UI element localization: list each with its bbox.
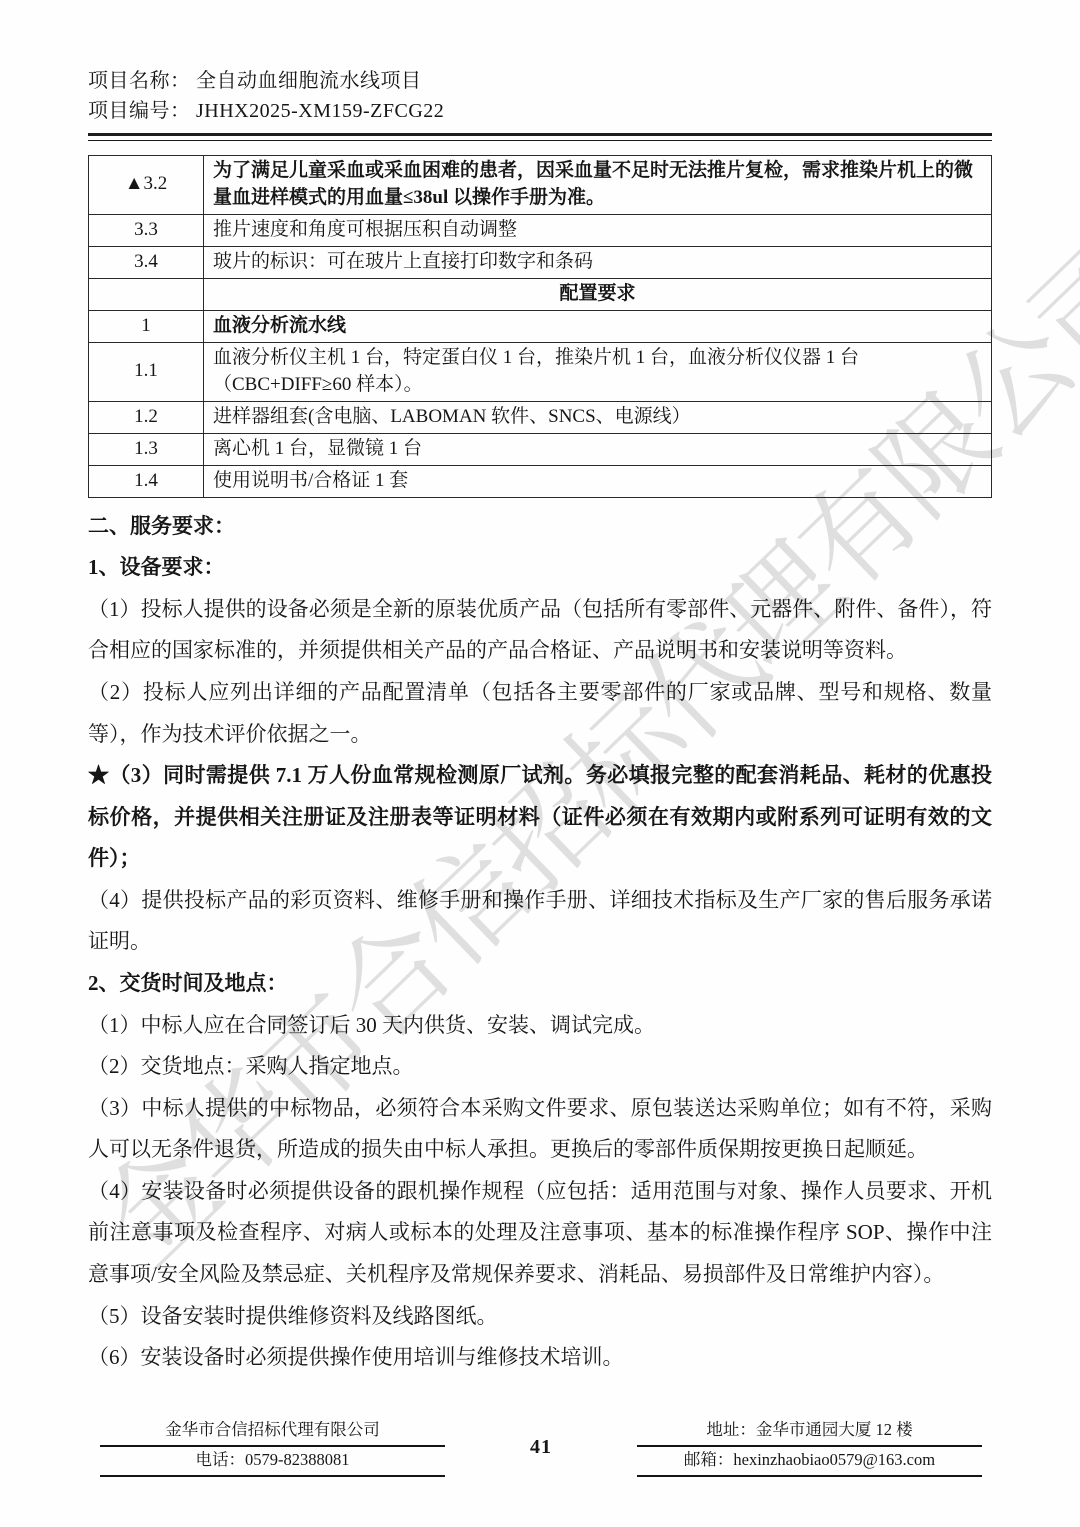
row-id: 1 [89, 310, 204, 342]
section-heading-delivery: 2、交货时间及地点： [88, 963, 992, 1005]
row-content: 血液分析仪主机 1 台，特定蛋白仪 1 台，推染片机 1 台，血液分析仪仪器 1… [204, 342, 992, 401]
page-footer: 金华市合信招标代理有限公司 电话：0579-82388081 41 地址：金华市… [100, 1417, 982, 1477]
spec-table: ▲3.2 为了满足儿童采血或采血困难的患者，因采血量不足时无法推片复检，需求推染… [88, 155, 992, 498]
service-requirements: 二、服务要求： 1、设备要求： （1）投标人提供的设备必须是全新的原装优质产品（… [88, 506, 992, 1379]
table-row: ▲3.2 为了满足儿童采血或采血困难的患者，因采血量不足时无法推片复检，需求推染… [89, 156, 992, 215]
document-header: 项目名称： 全自动血细胞流水线项目 项目编号： JHHX2025-XM159-Z… [88, 66, 992, 141]
footer-phone: 电话：0579-82388081 [100, 1447, 445, 1477]
paragraph-delivery-1: （1）中标人应在合同签订后 30 天内供货、安装、调试完成。 [88, 1005, 992, 1047]
row-content: 离心机 1 台，显微镜 1 台 [204, 433, 992, 465]
paragraph-delivery-2: （2）交货地点：采购人指定地点。 [88, 1046, 992, 1088]
page-content: 项目名称： 全自动血细胞流水线项目 项目编号： JHHX2025-XM159-Z… [0, 0, 1080, 1379]
row-content: 进样器组套(含电脑、LABOMAN 软件、SNCS、电源线） [204, 401, 992, 433]
paragraph-delivery-5: （5）设备安装时提供维修资料及线路图纸。 [88, 1296, 992, 1338]
row-id: 3.4 [89, 246, 204, 278]
row-id: 1.1 [89, 342, 204, 401]
footer-address: 地址：金华市通园大厦 12 楼 [637, 1417, 982, 1447]
section-heading-equipment: 1、设备要求： [88, 547, 992, 589]
table-row: 1.3 离心机 1 台，显微镜 1 台 [89, 433, 992, 465]
row-id [89, 278, 204, 310]
row-content: 配置要求 [204, 278, 992, 310]
header-divider [88, 133, 992, 141]
section-heading-service: 二、服务要求： [88, 506, 992, 548]
row-id: ▲3.2 [89, 156, 204, 215]
row-content: 血液分析流水线 [204, 310, 992, 342]
row-id: 1.4 [89, 465, 204, 497]
footer-email: 邮箱：hexinzhaobiao0579@163.com [637, 1447, 982, 1477]
paragraph-equipment-3-starred: ★（3）同时需提供 7.1 万人份血常规检测原厂试剂。务必填报完整的配套消耗品、… [88, 755, 992, 880]
paragraph-delivery-4: （4）安装设备时必须提供设备的跟机操作规程（应包括：适用范围与对象、操作人员要求… [88, 1171, 992, 1296]
footer-contact-block: 地址：金华市通园大厦 12 楼 邮箱：hexinzhaobiao0579@163… [637, 1417, 982, 1477]
document-page: 金华市合信招标代理有限公司 项目名称： 全自动血细胞流水线项目 项目编号： JH… [0, 0, 1080, 1527]
table-row: 1 血液分析流水线 [89, 310, 992, 342]
row-content: 玻片的标识：可在玻片上直接打印数字和条码 [204, 246, 992, 278]
row-content: 为了满足儿童采血或采血困难的患者，因采血量不足时无法推片复检，需求推染片机上的微… [204, 156, 992, 215]
row-id: 3.3 [89, 214, 204, 246]
paragraph-equipment-4: （4）提供投标产品的彩页资料、维修手册和操作手册、详细技术指标及生产厂家的售后服… [88, 880, 992, 963]
table-row: 3.4 玻片的标识：可在玻片上直接打印数字和条码 [89, 246, 992, 278]
paragraph-delivery-6: （6）安装设备时必须提供操作使用培训与维修技术培训。 [88, 1337, 992, 1379]
paragraph-equipment-1: （1）投标人提供的设备必须是全新的原装优质产品（包括所有零部件、元器件、附件、备… [88, 589, 992, 672]
project-number: 项目编号： JHHX2025-XM159-ZFCG22 [88, 96, 992, 126]
footer-agency: 金华市合信招标代理有限公司 [100, 1417, 445, 1447]
row-content: 推片速度和角度可根据压积自动调整 [204, 214, 992, 246]
row-content: 使用说明书/合格证 1 套 [204, 465, 992, 497]
row-id: 1.3 [89, 433, 204, 465]
row-id: 1.2 [89, 401, 204, 433]
page-number: 41 [530, 1436, 552, 1459]
paragraph-delivery-3: （3）中标人提供的中标物品，必须符合本采购文件要求、原包装送达采购单位；如有不符… [88, 1088, 992, 1171]
footer-agency-block: 金华市合信招标代理有限公司 电话：0579-82388081 [100, 1417, 445, 1477]
project-name: 项目名称： 全自动血细胞流水线项目 [88, 66, 992, 96]
table-row: 3.3 推片速度和角度可根据压积自动调整 [89, 214, 992, 246]
table-row: 1.4 使用说明书/合格证 1 套 [89, 465, 992, 497]
table-row-config-header: 配置要求 [89, 278, 992, 310]
paragraph-equipment-2: （2）投标人应列出详细的产品配置清单（包括各主要零部件的厂家或品牌、型号和规格、… [88, 672, 992, 755]
table-row: 1.1 血液分析仪主机 1 台，特定蛋白仪 1 台，推染片机 1 台，血液分析仪… [89, 342, 992, 401]
table-row: 1.2 进样器组套(含电脑、LABOMAN 软件、SNCS、电源线） [89, 401, 992, 433]
